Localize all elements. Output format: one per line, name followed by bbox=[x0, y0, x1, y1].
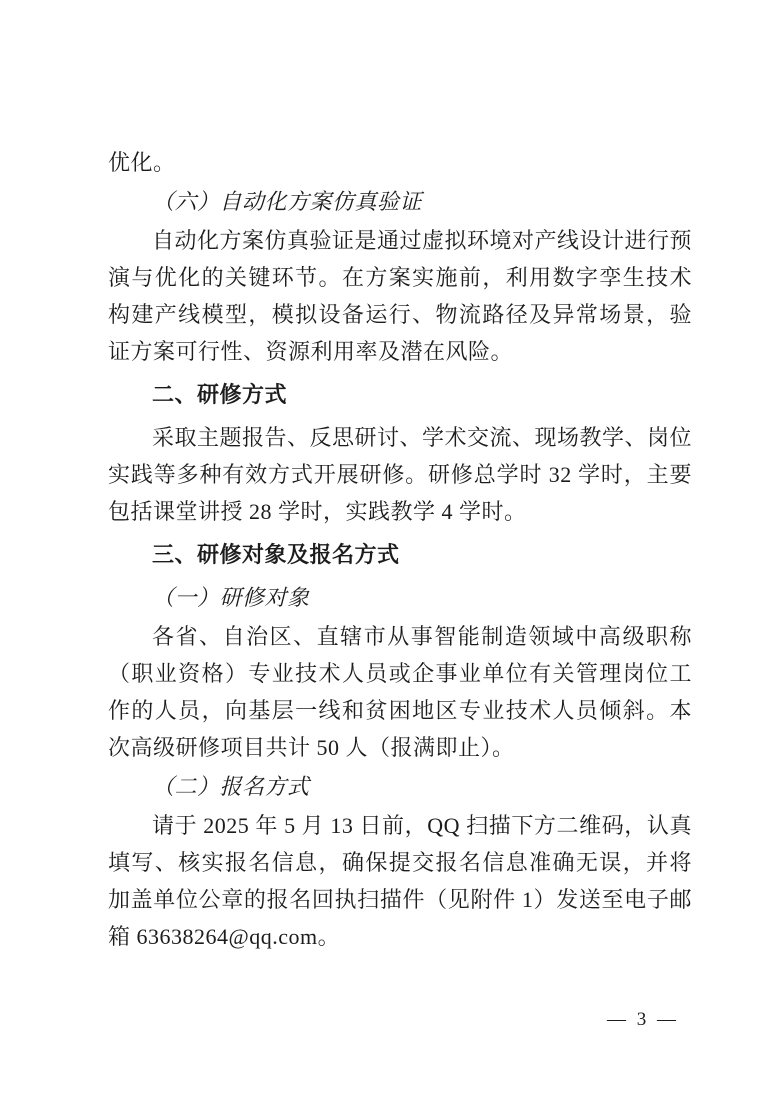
paragraph-training-method: 采取主题报告、反思研讨、学术交流、现场教学、岗位实践等多种有效方式开展研修。研修… bbox=[108, 419, 692, 530]
section-heading-two: 二、研修方式 bbox=[108, 376, 692, 413]
subsection-heading-two: （二）报名方式 bbox=[108, 768, 692, 805]
paragraph-target-audience: 各省、自治区、直辖市从事智能制造领域中高级职称（职业资格）专业技术人员或企事业单… bbox=[108, 618, 692, 766]
paragraph-continuation: 优化。 bbox=[108, 144, 692, 181]
document-page: 优化。 （六）自动化方案仿真验证 自动化方案仿真验证是通过虚拟环境对产线设计进行… bbox=[0, 0, 783, 1117]
paragraph-simulation-validation: 自动化方案仿真验证是通过虚拟环境对产线设计进行预演与优化的关键环节。在方案实施前… bbox=[108, 222, 692, 370]
subsection-heading-six: （六）自动化方案仿真验证 bbox=[108, 183, 692, 220]
section-heading-three: 三、研修对象及报名方式 bbox=[108, 536, 692, 573]
page-number: — 3 — bbox=[607, 1008, 679, 1032]
paragraph-registration-method: 请于 2025 年 5 月 13 日前，QQ 扫描下方二维码，认真填写、核实报名… bbox=[108, 807, 692, 955]
subsection-heading-one: （一）研修对象 bbox=[108, 579, 692, 616]
document-content: 优化。 （六）自动化方案仿真验证 自动化方案仿真验证是通过虚拟环境对产线设计进行… bbox=[108, 144, 692, 955]
